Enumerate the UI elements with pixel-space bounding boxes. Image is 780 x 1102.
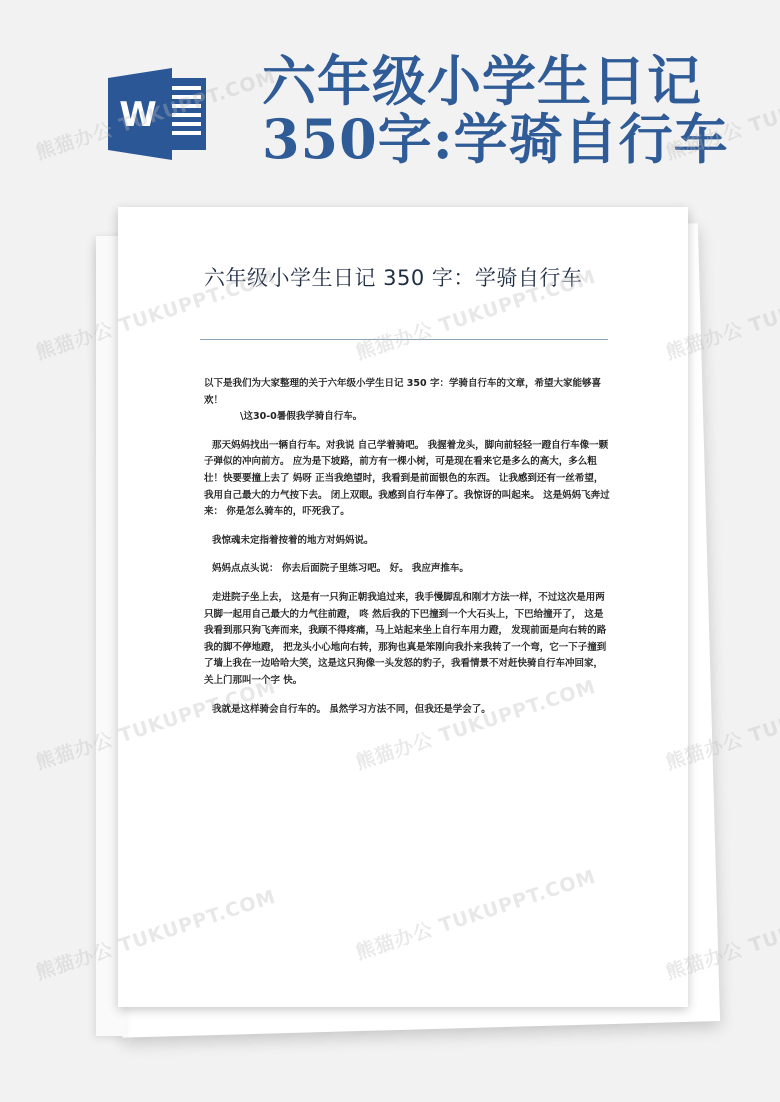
banner-title-line-2: 350字:学骑自行车 xyxy=(262,110,762,168)
intro-paragraph: 以下是我们为大家整理的关于六年级小学生日记 350 字：学骑自行车的文章，希望大… xyxy=(204,376,612,409)
banner-title-line-1: 六年级小学生日记 xyxy=(262,52,762,110)
body-paragraph: 妈妈点点头说： 你去后面院子里练习吧。 好。 我应声推车。 xyxy=(204,561,612,578)
header-banner: W 六年级小学生日记 350字:学骑自行车 xyxy=(0,0,780,190)
document-body: 以下是我们为大家整理的关于六年级小学生日记 350 字：学骑自行车的文章，希望大… xyxy=(204,376,612,730)
banner-title: 六年级小学生日记 350字:学骑自行车 xyxy=(262,52,762,168)
svg-text:W: W xyxy=(119,95,157,135)
word-document-icon: W xyxy=(108,68,208,160)
title-divider xyxy=(200,339,608,340)
body-paragraph: 我惊魂未定指着按着的地方对妈妈说。 xyxy=(204,533,612,550)
body-paragraph: 我就是这样骑会自行车的。 虽然学习方法不同，但我还是学会了。 xyxy=(204,702,612,719)
document-page: 六年级小学生日记 350 字：学骑自行车 以下是我们为大家整理的关于六年级小学生… xyxy=(118,207,688,1007)
body-paragraph: 那天妈妈找出一辆自行车。对我说 自己学着骑吧。 我握着龙头，脚向前轻轻一蹬自行车… xyxy=(204,438,612,521)
body-paragraph: 走进院子坐上去， 这是有一只狗正朝我追过来，我手慢脚乱和刚才方法一样，不过这次是… xyxy=(204,590,612,690)
document-title: 六年级小学生日记 350 字：学骑自行车 xyxy=(204,263,614,294)
subtitle-line: \这30-0暑假我学骑自行车。 xyxy=(204,409,612,426)
